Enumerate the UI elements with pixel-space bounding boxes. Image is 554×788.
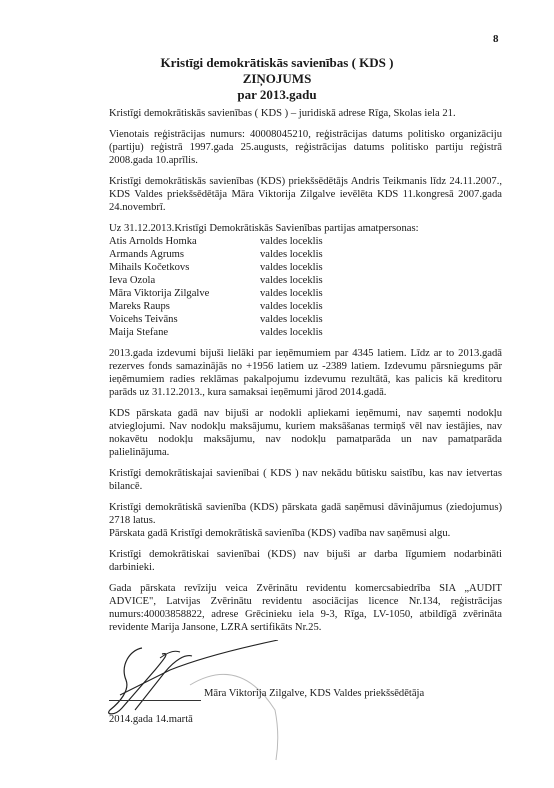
paragraph-employees: Kristīgi demokrātiskai savienībai (KDS) …: [109, 548, 502, 574]
paragraph-taxes: KDS pārskata gadā nav bijuši ar nodokli …: [109, 407, 502, 459]
paragraph-donations: Kristīgi demokrātiskā savienība (KDS) pā…: [109, 501, 502, 527]
official-role: valdes loceklis: [260, 326, 323, 339]
official-name: Mihails Kočetkovs: [109, 261, 260, 274]
document-body: Kristīgi demokrātiskās savienības ( KDS …: [109, 107, 502, 642]
paragraph-chairman: Kristīgi demokrātiskās savienības (KDS) …: [109, 175, 502, 214]
document-title: Kristīgi demokrātiskās savienības ( KDS …: [0, 55, 554, 103]
official-row: Māra Viktorija Zilgalvevaldes loceklis: [109, 287, 502, 300]
official-role: valdes loceklis: [260, 248, 323, 261]
signature-date: 2014.gada 14.martā: [109, 713, 193, 726]
official-name: Ieva Ozola: [109, 274, 260, 287]
official-role: valdes loceklis: [260, 313, 323, 326]
paragraph-registration: Vienotais reģistrācijas numurs: 40008045…: [109, 128, 502, 167]
official-role: valdes loceklis: [260, 235, 323, 248]
title-org: Kristīgi demokrātiskās savienības ( KDS …: [0, 55, 554, 71]
official-role: valdes loceklis: [260, 287, 323, 300]
official-name: Māra Viktorija Zilgalve: [109, 287, 260, 300]
page-number: 8: [493, 33, 499, 45]
official-name: Voicehs Teivāns: [109, 313, 260, 326]
handwritten-signature-icon: [100, 640, 300, 720]
paragraph-expenses: 2013.gada izdevumi bijuši lielāki par ie…: [109, 347, 502, 399]
official-row: Maija Stefanevaldes loceklis: [109, 326, 502, 339]
official-name: Maija Stefane: [109, 326, 260, 339]
signature-line: [109, 700, 201, 701]
signer-name: Māra Viktorija Zilgalve, KDS Valdes prie…: [204, 687, 424, 700]
title-doc-type: ZIŅOJUMS: [0, 71, 554, 87]
official-name: Mareks Raups: [109, 300, 260, 313]
official-row: Mareks Raupsvaldes loceklis: [109, 300, 502, 313]
paragraph-address: Kristīgi demokrātiskās savienības ( KDS …: [109, 107, 502, 120]
officials-list: Atis Arnolds Homkavaldes loceklis Armand…: [109, 235, 502, 339]
paragraph-audit: Gada pārskata revīziju veica Zvērinātu r…: [109, 582, 502, 634]
official-row: Atis Arnolds Homkavaldes loceklis: [109, 235, 502, 248]
paragraph-officials-intro: Uz 31.12.2013.Kristīgi Demokrātiskās Sav…: [109, 222, 502, 235]
official-row: Ieva Ozolavaldes loceklis: [109, 274, 502, 287]
paragraph-liabilities: Kristīgi demokrātiskajai savienībai ( KD…: [109, 467, 502, 493]
official-name: Atis Arnolds Homka: [109, 235, 260, 248]
official-row: Voicehs Teivānsvaldes loceklis: [109, 313, 502, 326]
official-row: Mihails Kočetkovsvaldes loceklis: [109, 261, 502, 274]
paragraph-salary: Pārskata gadā Kristīgi demokrātiskā savi…: [109, 527, 502, 540]
title-period: par 2013.gadu: [0, 87, 554, 103]
official-role: valdes loceklis: [260, 300, 323, 313]
official-role: valdes loceklis: [260, 274, 323, 287]
official-row: Armands Agrumsvaldes loceklis: [109, 248, 502, 261]
official-name: Armands Agrums: [109, 248, 260, 261]
official-role: valdes loceklis: [260, 261, 323, 274]
